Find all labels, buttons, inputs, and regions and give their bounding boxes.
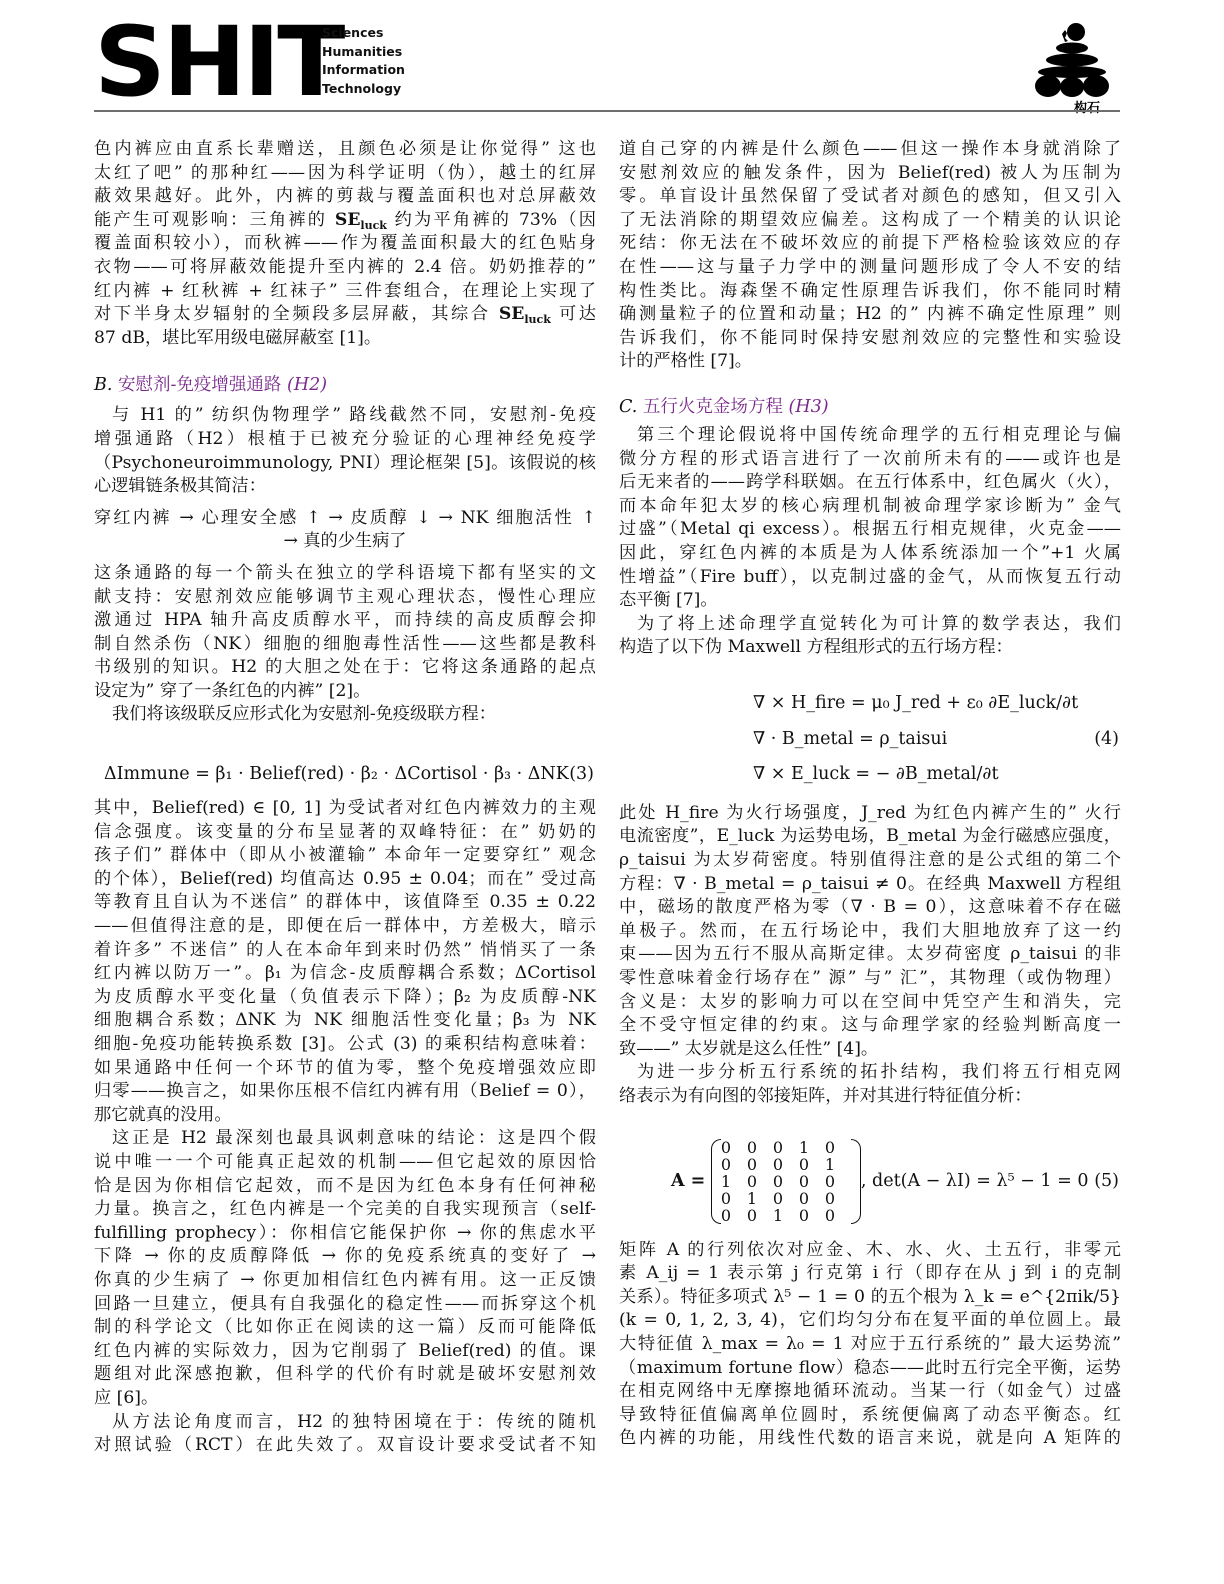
causal-chain: 穿红内裤 → 心理安全感 ↑ → 皮质醇 ↓ → NK 细胞活性 ↑ → 真的少… [94, 507, 596, 554]
equation-number: (3) [569, 763, 594, 787]
text-line: 红内裤以防万一”。β₁ 为信念-皮质醇耦合系数；ΔCortisol [94, 962, 596, 986]
equation-3: ΔImmune = β₁ · Belief(red) · β₂ · ΔCorti… [94, 763, 596, 793]
text-line: 那它就真的没用。 [94, 1104, 596, 1128]
stone-pile-mascot-icon [1032, 20, 1112, 98]
text-line: 导致特征值偏离单位圆时，系统便偏离了动态平衡态。红 [619, 1404, 1121, 1428]
text-line: 性增益”（Fire buff），以克制过盛的金气，从而恢复五行动 [619, 566, 1121, 590]
text-line: 关系）。特征多项式 λ⁵ − 1 = 0 的五个根为 λ_k = e^{2πik… [619, 1286, 1121, 1310]
text-line: 电流密度”，E_luck 为运势电场，B_metal 为金行磁感应强度， [619, 825, 1121, 849]
text-line: 第三个理论假说将中国传统命理学的五行相克理论与偏 [619, 424, 1121, 448]
text-line: 87 dB，堪比军用级电磁屏蔽室 [1]。 [94, 327, 596, 351]
text-line: 了无法消除的期望效应偏差。这构成了一个精美的认识论 [619, 209, 1121, 233]
text-line: 如果通路中任何一个环节的值为零，整个免疫增强效应即 [94, 1057, 596, 1081]
text-line: 与 H1 的” 纺织伪物理学” 路线截然不同，安慰剂-免疫 [94, 404, 596, 428]
text-line: 死结：你无法在不破坏效应的前提下严格检验该效应的存 [619, 232, 1121, 256]
text-line: 态平衡 [7]。 [619, 589, 1121, 613]
header-rule [94, 110, 1120, 112]
text-line: 孩子们” 群体中（即从小被灌输” 本命年一定要穿红” 观念 [94, 844, 596, 868]
section-heading-c: C. 五行火克金场方程 (H3) [619, 394, 1121, 420]
text-line: 我们将该级联反应形式化为安慰剂-免疫级联方程： [94, 703, 596, 727]
journal-logo-words: Sciences Humanities Information Technolo… [322, 24, 405, 98]
equation-4: ∇ × H_fire = μ₀ J_red + ε₀ ∂E_luck/∂t ∇ … [619, 680, 1121, 796]
adjacency-matrix: 00010 00001 10000 01000 00100 [711, 1139, 861, 1224]
text-line: 中，磁场的散度严格为零（∇ · B = 0），这意味着不存在磁 [619, 896, 1121, 920]
text-line: 后无来者的——跨学科联姻。在五行体系中，红色属火（火）， [619, 471, 1121, 495]
logo-word: Technology [322, 80, 405, 99]
paragraph: 色内裤应由直系长辈赠送，且颜色必须是让你觉得” 这也 太红了吧” 的那种红——因… [94, 138, 596, 350]
paragraph: 为了将上述命理学直觉转化为可计算的数学表达，我们 构造了以下伪 Maxwell … [619, 613, 1121, 660]
text-line: 太红了吧” 的那种红——因为科学证明（伪），越土的红屏 [94, 162, 596, 186]
paragraph: 这正是 H2 最深刻也最具讽刺意味的结论：这是四个假 说中唯一一个可能真正起效的… [94, 1127, 596, 1410]
text-line: 制自然杀伤（NK）细胞的细胞毒性活性——这些都是教科 [94, 633, 596, 657]
paragraph: 这条通路的每一个箭头在独立的学科语境下都有坚实的文 献支持：安慰剂效应能够调节主… [94, 562, 596, 727]
text-line: 道自己穿的内裤是什么颜色——但这一操作本身就消除了 [619, 138, 1121, 162]
text-line: 激通过 HPA 轴升高皮质醇水平，而持续的高皮质醇会抑 [94, 609, 596, 633]
text-line: 你真的少生病了 → 你更加相信红色内裤有用。这一正反馈 [94, 1269, 596, 1293]
text-line: 献支持：安慰剂效应能够调节主观心理状态，慢性心理应 [94, 586, 596, 610]
text-line: 单极子。然而，在五行场论中，我们大胆地放弃了这一约 [619, 920, 1121, 944]
text-line: 为了将上述命理学直觉转化为可计算的数学表达，我们 [619, 613, 1121, 637]
text-line: 心逻辑链条极其简洁： [94, 475, 596, 499]
text-line: 下降 → 你的皮质醇降低 → 你的免疫系统真的变好了 → [94, 1245, 596, 1269]
text-line: 含义是：太岁的影响力可以在空间中凭空产生和消失，完 [619, 991, 1121, 1015]
text-line: 细胞耦合系数；ΔNK 为 NK 细胞活性变化量；β₃ 为 NK [94, 1009, 596, 1033]
journal-logo: SHIT [94, 20, 342, 104]
paragraph: 为进一步分析五行系统的拓扑结构，我们将五行相克网 络表示为有向图的邻接矩阵，并对… [619, 1061, 1121, 1108]
text-line: 零性意味着金行场存在” 源” 与” 汇”，其物理（或伪物理） [619, 967, 1121, 991]
paragraph: 第三个理论假说将中国传统命理学的五行相克理论与偏 微分方程的形式语言进行了一次前… [619, 424, 1121, 613]
text-line: 大特征值 λ_max = λ₀ = 1 对应于五行系统的” 最大运势流” [619, 1333, 1121, 1357]
text-line: 此处 H_fire 为火行场强度，J_red 为红色内裤产生的” 火行 [619, 802, 1121, 826]
text-line: 在性——这与量子力学中的测量问题形成了令人不安的结 [619, 256, 1121, 280]
text-line: 增强通路（H2）根植于已被充分验证的心理神经免疫学 [94, 428, 596, 452]
text-line: 设定为” 穿了一条红色的内裤” [2]。 [94, 680, 596, 704]
text-line: fulfilling prophecy）：你相信它能保护你 → 你的焦虑水平 [94, 1222, 596, 1246]
text-line: 覆盖面积较小），而秋裤——作为覆盖面积最大的红色贴身 [94, 232, 596, 256]
text-line: 衣物——可将屏蔽效能提升至内裤的 2.4 倍。奶奶推荐的” [94, 256, 596, 280]
text-line: 过盛”（Metal qi excess）。根据五行相克规律，火克金—— [619, 518, 1121, 542]
right-column: 道自己穿的内裤是什么颜色——但这一操作本身就消除了 安慰剂效应的触发条件，因为 … [619, 138, 1121, 1451]
text-line: 能产生可观影响：三角裤的 SEluck 约为平角裤的 73%（因 [94, 209, 596, 233]
paragraph: 与 H1 的” 纺织伪物理学” 路线截然不同，安慰剂-免疫 增强通路（H2）根植… [94, 404, 596, 498]
text-line: 对下半身太岁辐射的全频段多层屏蔽，其综合 SEluck 可达 [94, 303, 596, 327]
text-line: 为皮质醇水平变化量（负值表示下降）；β₂ 为皮质醇-NK [94, 986, 596, 1010]
text-line: 告诉我们，你不能同时保持安慰剂效应的完整性和实验设 [619, 327, 1121, 351]
text-line: 为进一步分析五行系统的拓扑结构，我们将五行相克网 [619, 1061, 1121, 1085]
equation-5: A = 00010 00001 10000 01000 00100 , det(… [619, 1131, 1121, 1231]
text-line: 信念强度。该变量的分布呈显著的双峰特征：在” 奶奶的 [94, 821, 596, 845]
logo-word: Humanities [322, 43, 405, 62]
text-line: 细胞-免疫功能转换系数 [3]。公式 (3) 的乘积结构意味着： [94, 1033, 596, 1057]
logo-word: Sciences [322, 24, 405, 43]
text-line: 制的科学论文（比如你正在阅读的这一篇）反而可能降低 [94, 1316, 596, 1340]
text-line: 穿红内裤 → 心理安全感 ↑ → 皮质醇 ↓ → NK 细胞活性 ↑ [94, 507, 596, 531]
text-line: 恰是因为你相信它起效，而不是因为红色本身有任何神秘 [94, 1175, 596, 1199]
text-line: 的个体），Belief(red) 均值高达 0.95 ± 0.04；而在” 受过… [94, 868, 596, 892]
paragraph: 其中，Belief(red) ∈ [0, 1] 为受试者对红色内裤效力的主观 信… [94, 797, 596, 1127]
paragraph: 从方法论角度而言，H2 的独特困境在于：传统的随机 对照试验（RCT）在此失效了… [94, 1411, 596, 1458]
text-line: 致——” 太岁就是这么任性” [4]。 [619, 1038, 1121, 1062]
paragraph: 道自己穿的内裤是什么颜色——但这一操作本身就消除了 安慰剂效应的触发条件，因为 … [619, 138, 1121, 374]
text-line: 红内裤 + 红秋裤 + 红袜子” 三件套组合，在理论上实现了 [94, 280, 596, 304]
text-line: 这条通路的每一个箭头在独立的学科语境下都有坚实的文 [94, 562, 596, 586]
text-line: 色内裤应由直系长辈赠送，且颜色必须是让你觉得” 这也 [94, 138, 596, 162]
text-line: 从方法论角度而言，H2 的独特困境在于：传统的随机 [94, 1411, 596, 1435]
text-line: 全不受守恒定律的约束。这与命理学家的经验判断高度一 [619, 1014, 1121, 1038]
equation-line: ∇ × H_fire = μ₀ J_red + ε₀ ∂E_luck/∂t [753, 680, 1121, 726]
equation-line: ∇ · B_metal = ρ_taisui [753, 726, 1121, 752]
text-line: （maximum fortune flow）稳态——此时五行完全平衡，运势 [619, 1357, 1121, 1381]
text-line: 构性类比。海森堡不确定性原理告诉我们，你不能同时精 [619, 280, 1121, 304]
text-line: 在相克网络中无摩擦地循环流动。当某一行（如金气）过盛 [619, 1380, 1121, 1404]
text-line: （Psychoneuroimmunology, PNI）理论框架 [5]。该假说… [94, 452, 596, 476]
text-line: ——但值得注意的是，即便在后一群体中，方差极大，暗示 [94, 915, 596, 939]
text-line: 其中，Belief(red) ∈ [0, 1] 为受试者对红色内裤效力的主观 [94, 797, 596, 821]
text-line: 计的严格性 [7]。 [619, 350, 1121, 374]
text-line: 矩阵 A 的行列依次对应金、木、水、火、土五行，非零元 [619, 1239, 1121, 1263]
equation-number: (4) [1094, 726, 1119, 752]
text-line: 络表示为有向图的邻接矩阵，并对其进行特征值分析： [619, 1085, 1121, 1109]
equation-line: ∇ × E_luck = − ∂B_metal/∂t [753, 752, 1121, 796]
journal-header: SHIT Sciences Humanities Information Tec… [94, 20, 1120, 112]
text-line: 书级别的知识。H2 的大胆之处在于：它将这条通路的起点 [94, 656, 596, 680]
equation-number: (5) [1094, 1131, 1119, 1231]
text-line: 色内裤的功能，用线性代数的语言来说，就是向 A 矩阵的 [619, 1427, 1121, 1451]
text-line: 着许多” 不迷信” 的人在本命年到来时仍然” 悄悄买了一条 [94, 939, 596, 963]
text-line: 方程：∇ · B_metal = ρ_taisui ≠ 0。在经典 Maxwel… [619, 873, 1121, 897]
text-line: 这正是 H2 最深刻也最具讽刺意味的结论：这是四个假 [94, 1127, 596, 1151]
text-line: 应 [6]。 [94, 1387, 596, 1411]
text-line: 构造了以下伪 Maxwell 方程组形式的五行场方程： [619, 636, 1121, 660]
text-line: 题组对此深感抱歉，但科学的代价有时就是破坏安慰剂效 [94, 1363, 596, 1387]
text-line: 蔽效果越好。此外，内裤的剪裁与覆盖面积也对总屏蔽效 [94, 185, 596, 209]
text-line: 安慰剂效应的触发条件，因为 Belief(red) 被人为压制为 [619, 162, 1121, 186]
paragraph: 此处 H_fire 为火行场强度，J_red 为红色内裤产生的” 火行 电流密度… [619, 802, 1121, 1062]
text-line: 等教育且自认为不迷信” 的群体中，该值降至 0.35 ± 0.22 [94, 891, 596, 915]
section-heading-b: B. 安慰剂-免疫增强通路 (H2) [94, 372, 596, 398]
text-line: ρ_taisui 为太岁荷密度。特别值得注意的是公式组的第二个 [619, 849, 1121, 873]
text-line: 回路一旦建立，便具有自我强化的稳定性——而拆穿这个机 [94, 1293, 596, 1317]
text-line: 微分方程的形式语言进行了一次前所未有的——或许也是 [619, 448, 1121, 472]
text-line: → 真的少生病了 [94, 530, 596, 554]
text-line: 红色内裤的实际效力，因为它削弱了 Belief(red) 的值。课 [94, 1340, 596, 1364]
text-line: 束——因为五行不服从高斯定律。太岁荷密度 ρ_taisui 的非 [619, 943, 1121, 967]
text-line: (k = 0, 1, 2, 3, 4)，它们均匀分布在复平面的单位圆上。最 [619, 1309, 1121, 1333]
text-line: 素 A_ij = 1 表示第 j 行克第 i 行（即存在从 j 到 i 的克制 [619, 1262, 1121, 1286]
text-line: 说中唯一一个可能真正起效的机制——但它起效的原因恰 [94, 1151, 596, 1175]
logo-word: Information [322, 61, 405, 80]
text-line: 力量。换言之，红色内裤是一个完美的自我实现预言（self- [94, 1198, 596, 1222]
text-line: 归零——换言之，如果你压根不信红内裤有用（Belief = 0）， [94, 1080, 596, 1104]
left-column: 色内裤应由直系长辈赠送，且颜色必须是让你觉得” 这也 太红了吧” 的那种红——因… [94, 138, 596, 1458]
text-line: 而本命年犯太岁的核心病理机制被命理学家诊断为” 金气 [619, 495, 1121, 519]
paragraph: 矩阵 A 的行列依次对应金、木、水、火、土五行，非零元 素 A_ij = 1 表… [619, 1239, 1121, 1451]
text-line: 零。单盲设计虽然保留了受试者对颜色的感知，但又引入 [619, 185, 1121, 209]
text-line: 因此，穿红色内裤的本质是为人体系统添加一个”+1 火属 [619, 542, 1121, 566]
mascot-label: 构石 [1074, 97, 1100, 116]
text-line: 确测量粒子的位置和动量；H2 的” 内裤不确定性原理” 则 [619, 303, 1121, 327]
text-line: 对照试验（RCT）在此失效了。双盲设计要求受试者不知 [94, 1434, 596, 1458]
